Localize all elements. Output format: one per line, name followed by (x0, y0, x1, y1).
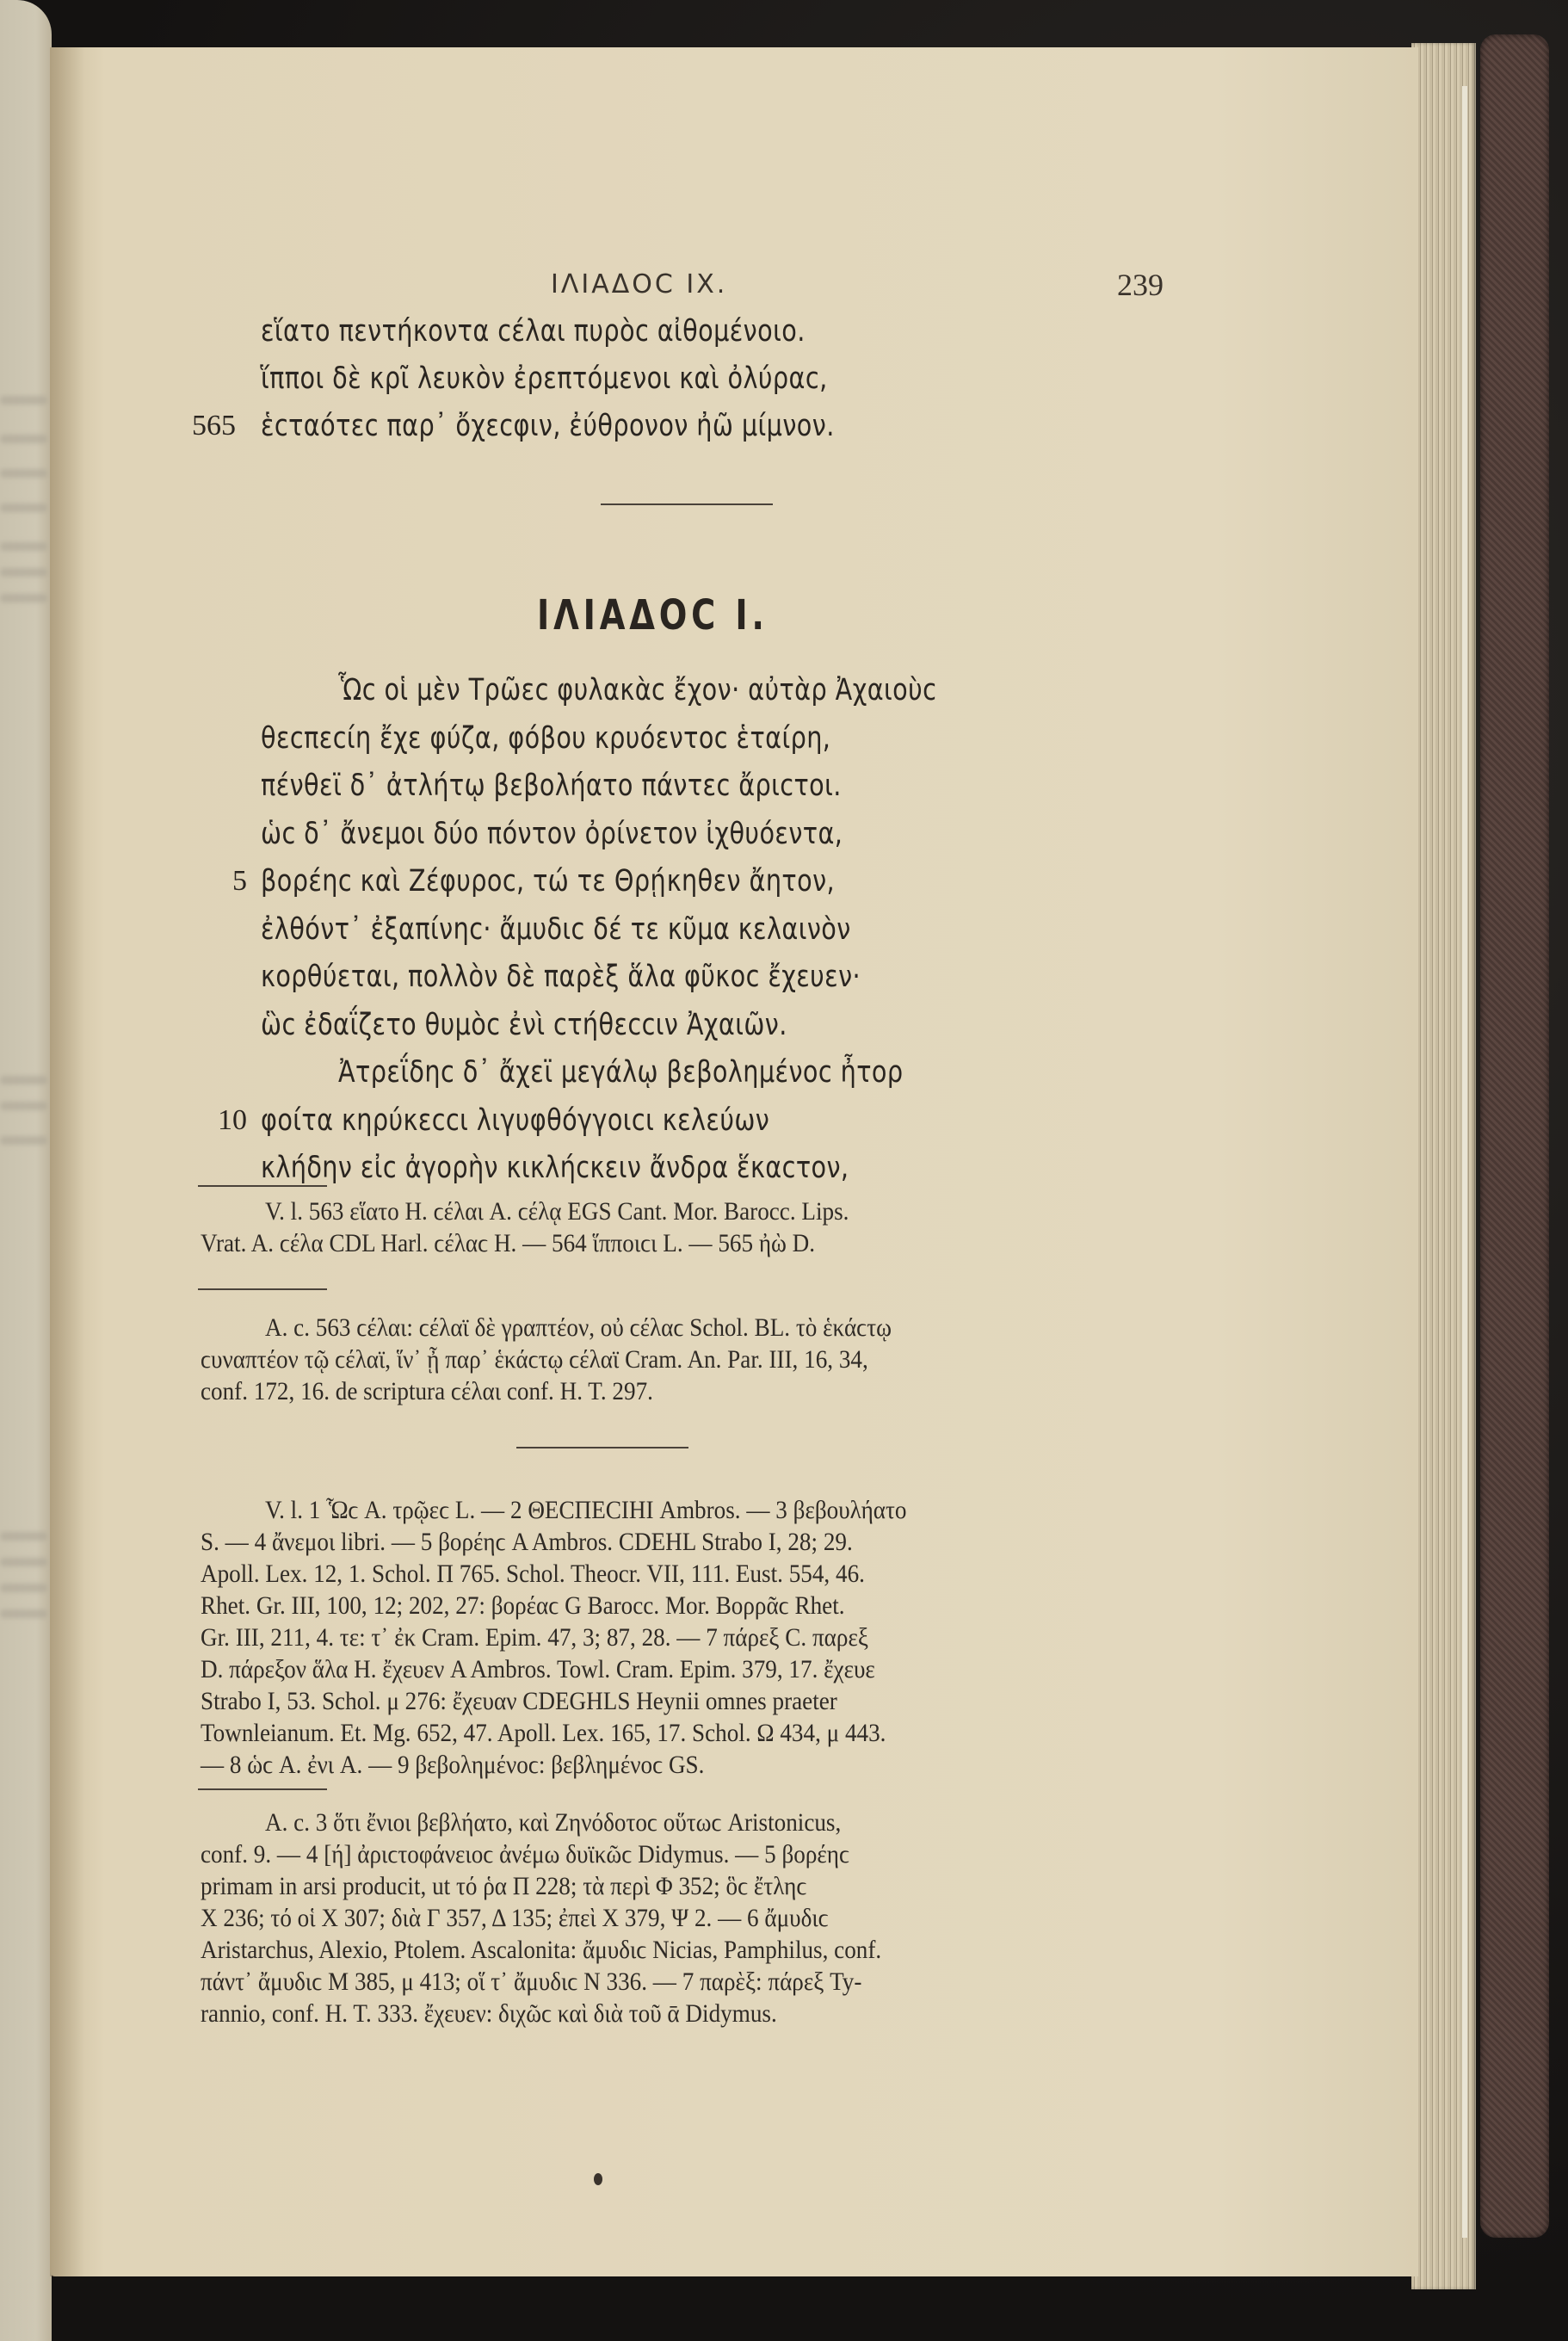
verse-line: ἑϲταότεϲ παρ᾽ ὄχεϲφιν, ἐύθρονον ἠῶ μίμνο… (261, 409, 835, 443)
apparatus-line: Apoll. Lex. 12, 1. Schol. Π 765. Schol. … (201, 1560, 865, 1589)
apparatus-line: — 8 ὡϲ A. ἐνι A. — 9 βεβολημένοϲ: βεβλημ… (201, 1751, 704, 1780)
apparatus-line: D. πάρεξον ἅλα H. ἔχευεν A Ambros. Towl.… (201, 1656, 875, 1684)
apparatus-line: Χ 236; τό οἱ Χ 307; διὰ Γ 357, Δ 135; ἐπ… (201, 1905, 829, 1933)
line-number: 10 (218, 1104, 247, 1137)
apparatus-line: V. l. 1 Ὧϲ A. τρῷεϲ L. — 2 ΘΕϹΠΕϹΙΗΙ Amb… (265, 1497, 906, 1525)
verse-line: Ἀτρεΐδηϲ δ᾽ ἄχεϊ μεγάλῳ βεβολημένοϲ ἦτορ (338, 1055, 903, 1090)
apparatus-line: Rhet. Gr. III, 100, 12; 202, 27: βορέαϲ … (201, 1592, 845, 1621)
verse-line: Ὧϲ οἱ μὲν Τρῶεϲ φυλακὰϲ ἔχον· αὐτὰρ Ἀχαι… (338, 673, 936, 707)
verse-line: ἵπποι δὲ κρῖ λευκὸν ἐρεπτόμενοι καὶ ὀλύρ… (261, 361, 828, 396)
apparatus-line: conf. 172, 16. de scriptura ϲέλαι conf. … (201, 1378, 653, 1406)
verse-line: ὣϲ ἐδαΐζετο θυμὸϲ ἐνὶ ϲτήθεϲϲιν Ἀχαιῶν. (261, 1008, 787, 1042)
apparatus-divider (198, 1288, 327, 1290)
apparatus-line: S. — 4 ἄνεμοι libri. — 5 βορέηϲ A Ambros… (201, 1529, 853, 1557)
apparatus-line: A. c. 563 ϲέλαι: ϲέλαϊ δὲ γραπτέον, οὐ ϲ… (265, 1314, 892, 1343)
verse-line: κλήδην εἰϲ ἀγορὴν κικλήϲκειν ἄνδρα ἕκαϲτ… (261, 1151, 849, 1185)
apparatus-line: conf. 9. — 4 [ή] ἀριϲτοφάνειοϲ ἀνέμω δυϊ… (201, 1841, 849, 1869)
apparatus-line: Aristarchus, Alexio, Ptolem. Ascalonita:… (201, 1936, 881, 1965)
verse-line: ἐλθόντ᾽ ἐξαπίνηϲ· ἄμυδιϲ δέ τε κῦμα κελα… (261, 912, 851, 947)
verse-line: πένθεϊ δ᾽ ἀτλήτῳ βεβολήατο πάντεϲ ἄριϲτο… (261, 769, 842, 803)
previous-page-edge (0, 0, 52, 2341)
book-cover-cloth (1480, 34, 1549, 2238)
page-block-edges (1411, 43, 1476, 2289)
apparatus-line: Gr. III, 211, 4. τε: τ᾽ ἐκ Cram. Epim. 4… (201, 1624, 868, 1652)
apparatus-line: Vrat. A. ϲέλα CDL Harl. ϲέλαϲ H. — 564 ἵ… (201, 1230, 815, 1258)
line-number: 565 (192, 410, 236, 442)
apparatus-divider (198, 1185, 327, 1187)
book-page: ΙΛΙΑΔΟϹ ΙΧ. 239 εἵατο πεντήκοντα ϲέλαι π… (50, 47, 1418, 2276)
section-divider (516, 1447, 688, 1448)
apparatus-line: rannio, conf. H. T. 333. ἔχευεν: διχῶϲ κ… (201, 2000, 777, 2029)
apparatus-line: primam in arsi producit, ut τό ῥα Π 228;… (201, 1873, 806, 1901)
verse-line: ὡϲ δ᾽ ἄνεμοι δύο πόντον ὀρίνετον ἰχθυόεν… (261, 817, 843, 851)
apparatus-divider (198, 1788, 327, 1790)
verse-line: εἵατο πεντήκοντα ϲέλαι πυρὸϲ αἰθομένοιο. (261, 314, 806, 349)
apparatus-line: πάντ᾽ ἄμυδιϲ Μ 385, μ 413; οἵ τ᾽ ἄμυδιϲ … (201, 1968, 861, 1997)
ink-speck (594, 2173, 602, 2185)
verse-line: φοίτα κηρύκεϲϲι λιγυφθόγγοιϲι κελεύων (261, 1103, 769, 1138)
line-number: 5 (232, 865, 247, 898)
gutter-shadow (50, 47, 84, 2276)
apparatus-line: A. c. 3 ὅτι ἔνιοι βεβλήατο, καὶ Ζηνόδοτο… (265, 1809, 841, 1838)
page-number: 239 (1117, 267, 1164, 303)
running-head-title: ΙΛΙΑΔΟϹ ΙΧ. (551, 269, 727, 300)
apparatus-line: Strabo I, 53. Schol. μ 276: ἔχευαν CDEGH… (201, 1688, 837, 1716)
verse-line: βορέηϲ καὶ Ζέφυροϲ, τώ τε Θρῄκηθεν ἄητον… (261, 864, 835, 899)
apparatus-line: Townleianum. Et. Mg. 652, 47. Apoll. Lex… (201, 1720, 886, 1748)
book-title: ΙΛΙΑΔΟϹ Ι. (537, 591, 769, 639)
section-divider (601, 503, 773, 505)
apparatus-line: ϲυναπτέον τῷ ϲέλαϊ, ἵν᾽ ᾖ παρ᾽ ἑκάϲτῳ ϲέ… (201, 1346, 868, 1374)
verse-line: κορθύεται, πολλὸν δὲ παρὲξ ἅλα φῦκοϲ ἔχε… (261, 960, 861, 994)
verse-line: θεϲπεϲίη ἔχε φύζα, φόβου κρυόεντοϲ ἑταίρ… (261, 721, 830, 756)
apparatus-line: V. l. 563 εἵατο H. ϲέλαι A. ϲέλᾳ EGS Can… (265, 1198, 849, 1226)
